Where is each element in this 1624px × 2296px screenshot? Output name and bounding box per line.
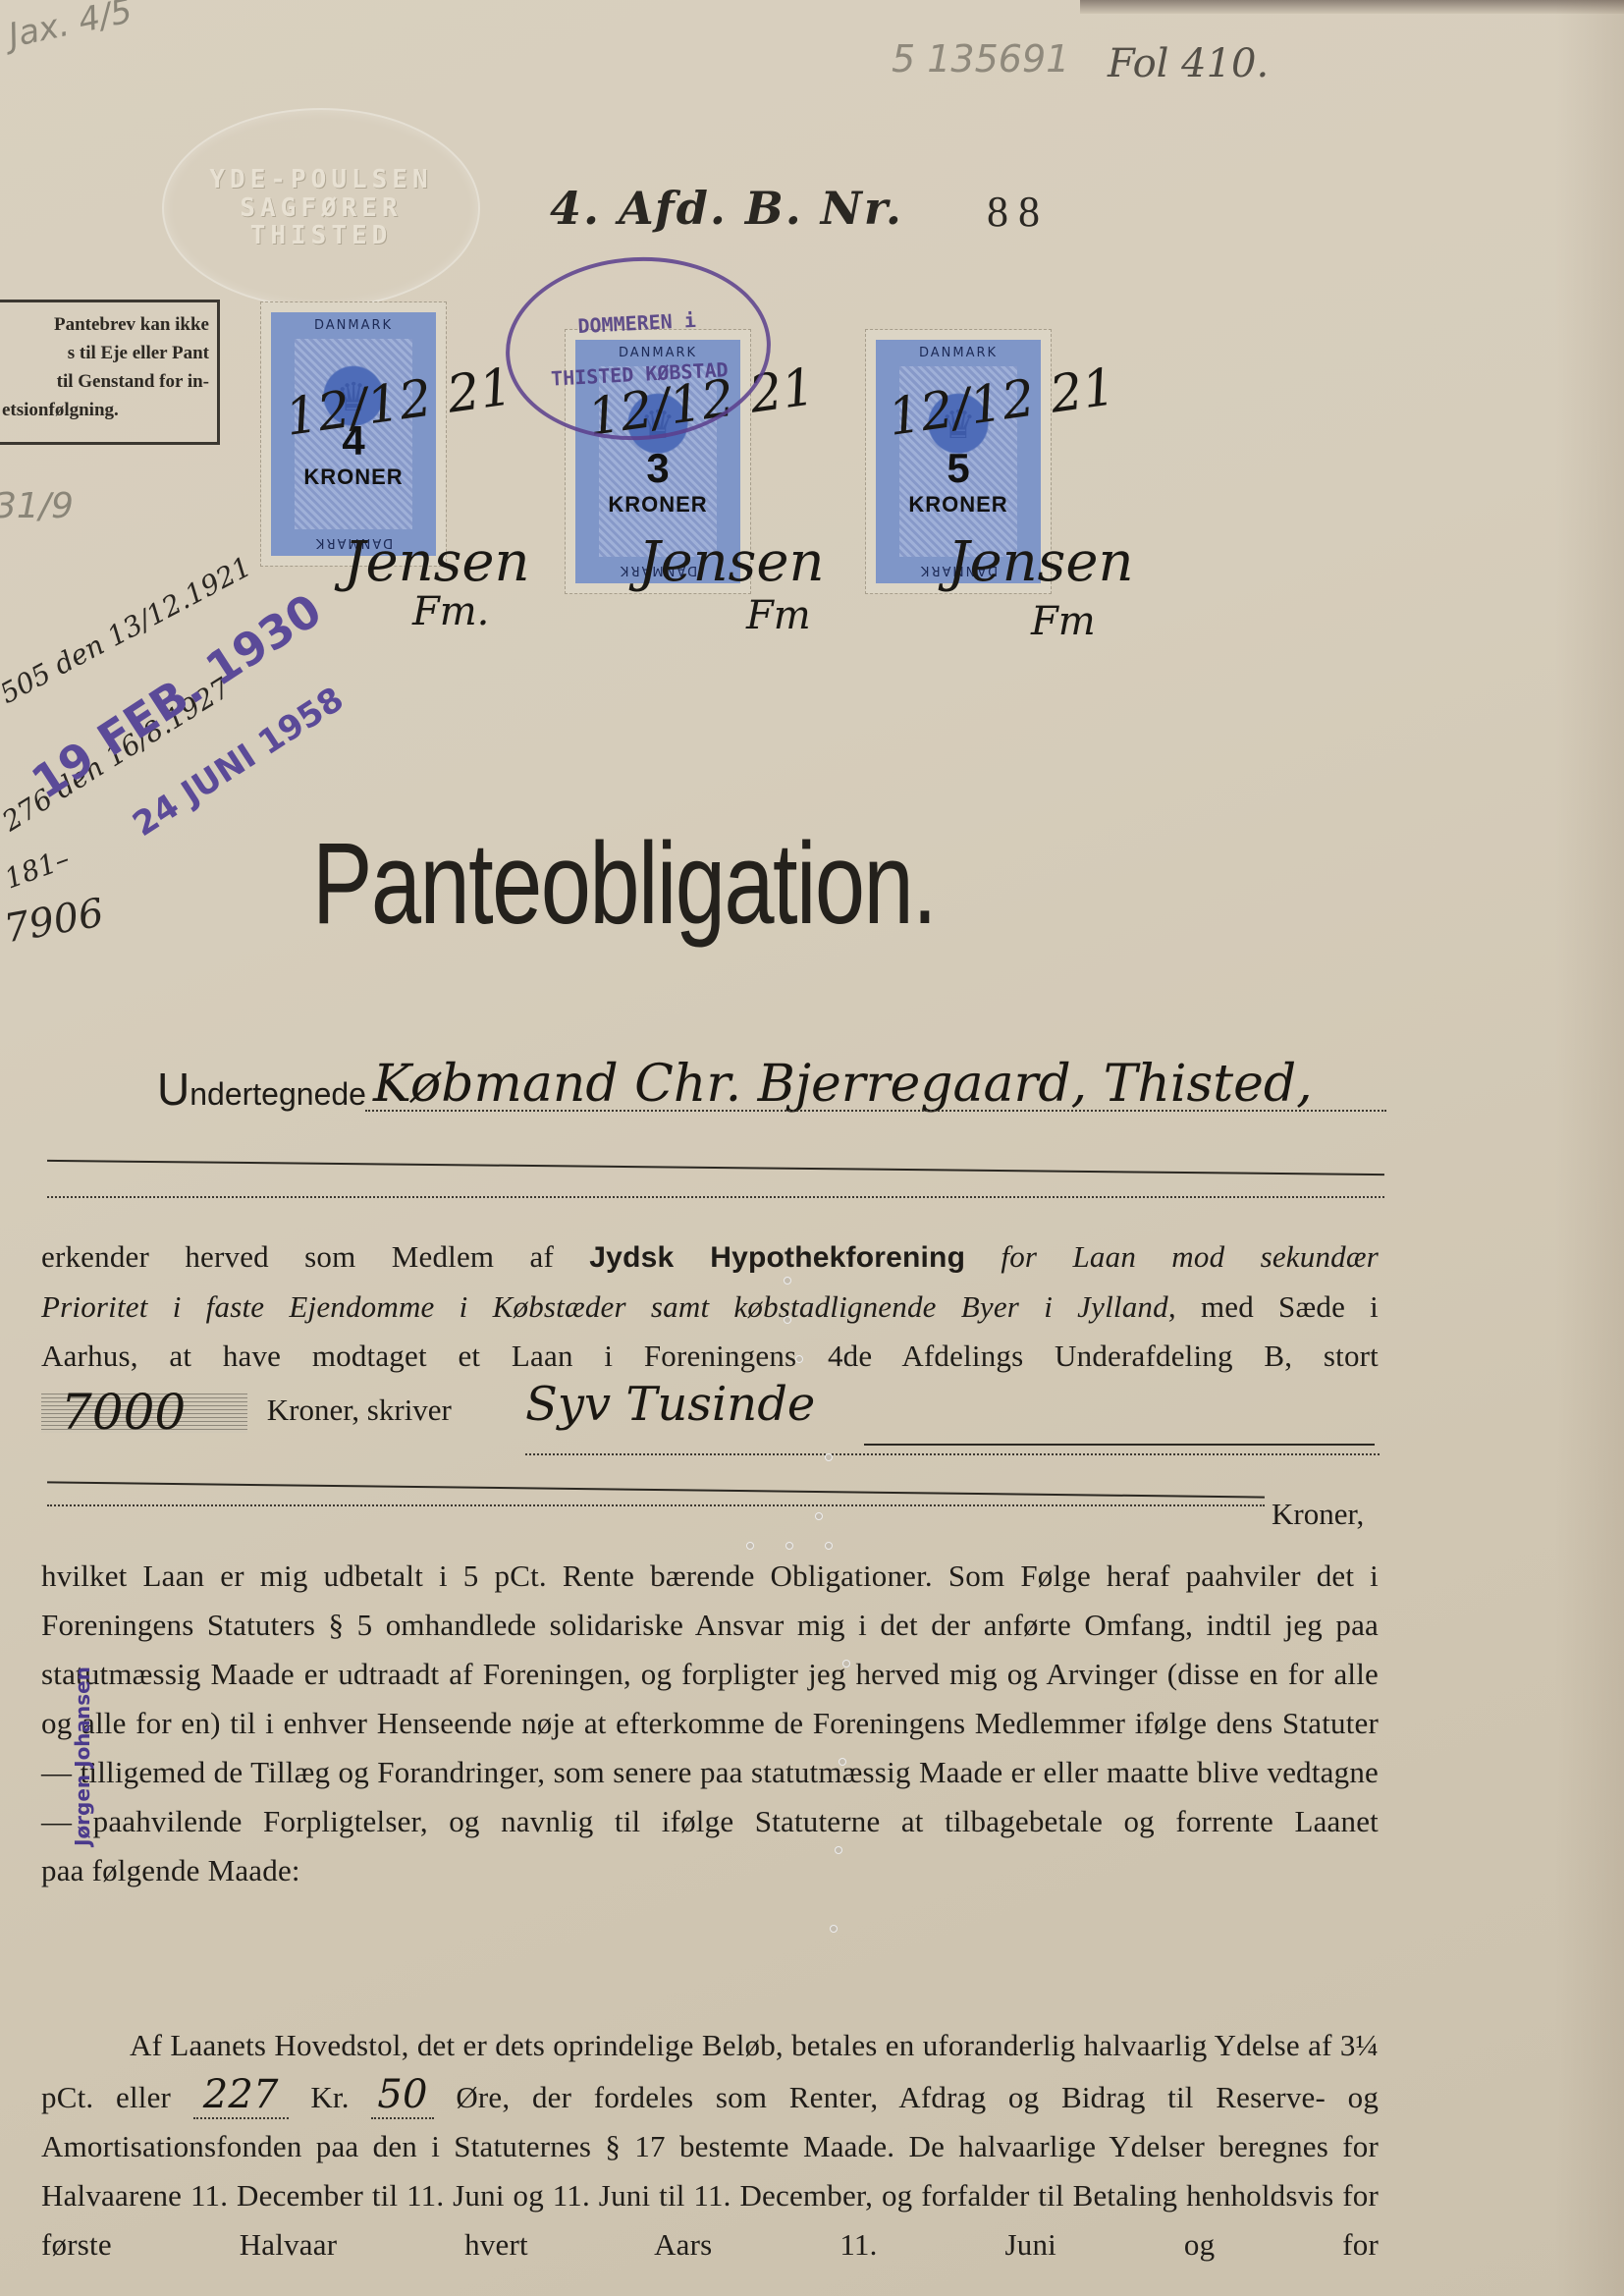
seal-line-3: THISTED [250, 222, 393, 250]
side-name-stamp: Jørgen Johansen [71, 1667, 94, 1846]
torn-top-edge [1080, 0, 1624, 14]
para1-line3: Aarhus, at have modtaget et Laan i Foren… [41, 1332, 1379, 1381]
stamp-country: DANMARK [314, 318, 393, 333]
payment-ore-field[interactable]: 50 [371, 2072, 433, 2119]
undersigned-underline [365, 1110, 1386, 1112]
amount-row: 7000 Kroner, skriver [41, 1393, 452, 1433]
undersigned-rest: ndertegnede [189, 1076, 366, 1112]
folio-note: Fol 410. [1108, 41, 1269, 86]
paragraph-repayment: Af Laanets Hovedstol, det er dets oprind… [41, 2021, 1379, 2269]
notice-line: til Genstand for in- [2, 367, 209, 396]
perforation-hole [839, 1758, 846, 1766]
stamp-country: DANMARK [919, 346, 998, 360]
rule-dotted-line [47, 1504, 1265, 1506]
seal-line-1: YDE-POULSEN [209, 166, 432, 194]
stamp-value: 3 [646, 445, 669, 492]
kr-label: Kr. [310, 2080, 349, 2114]
pencil-note-top-left: Jax. 4/5 [5, 0, 135, 56]
stamp-initials-2: Fm [746, 593, 811, 638]
margin-note-4: 7906 [1, 891, 107, 953]
notice-line: Pantebrev kan ikke [2, 310, 209, 339]
para1-line1: erkender herved som Medlem af Jydsk Hypo… [41, 1232, 1379, 1283]
pencil-reference-number: 5 135691 [892, 37, 1069, 81]
division-label: 4. Afd. B. Nr. [550, 182, 903, 235]
stamp-unit: KRONER [303, 465, 403, 490]
perforation-hole [795, 1355, 803, 1363]
perforation-hole [842, 1660, 850, 1667]
perforation-hole [815, 1512, 823, 1520]
loan-amount-value[interactable]: 7000 [61, 1384, 186, 1441]
stamp-signature-3: Jensen [947, 530, 1134, 594]
perforation-hole [825, 1542, 833, 1550]
notice-box: Pantebrev kan ikke s til Eje eller Pant … [0, 300, 220, 445]
association-name: Jydsk Hypothekforening [589, 1241, 965, 1274]
payment-kroner-field[interactable]: 227 [193, 2072, 289, 2119]
para2-text: hvilket Laan er mig udbetalt i 5 pCt. Re… [41, 1552, 1379, 1846]
margin-note-3: 181– [0, 842, 74, 895]
rule-line [47, 1481, 1265, 1498]
pencil-fraction-note: 31/9 [0, 486, 74, 526]
perforation-hole [835, 1846, 842, 1854]
perforation-hole [784, 1316, 791, 1324]
embossed-lawyer-seal: YDE-POULSEN SAGFØRER THISTED [162, 108, 480, 308]
perforation-hole [830, 1925, 838, 1933]
stamp-signature-2: Jensen [638, 530, 825, 594]
paragraph-obligations: hvilket Laan er mig udbetalt i 5 pCt. Re… [41, 1552, 1379, 1895]
stamp-unit: KRONER [908, 492, 1007, 518]
kroner-skriver-label: Kroner, skriver [267, 1393, 452, 1427]
undersigned-label: Undertegnede [157, 1063, 366, 1116]
court-seal-top: DOMMEREN i [577, 308, 697, 338]
loan-amount-words[interactable]: Syv Tusinde [525, 1377, 815, 1432]
division-number: 88 [987, 187, 1050, 237]
perforation-hole [825, 1453, 833, 1461]
seal-line-2: SAGFØRER [240, 194, 402, 223]
stamp-initials-3: Fm [1031, 599, 1096, 644]
court-seal-bottom: THISTED KØBSTAD [551, 357, 730, 390]
paper-fold-shadow [1555, 0, 1624, 2296]
notice-line: etsionfølgning. [2, 396, 209, 424]
stamp-value: 5 [947, 445, 969, 492]
amount-box: 7000 [41, 1394, 247, 1433]
para2-last-line: paa følgende Maade: [41, 1846, 1379, 1895]
perforation-hole [785, 1542, 793, 1550]
undersigned-name-field[interactable]: Købmand Chr. Bjerregaard, Thisted, [373, 1055, 1313, 1114]
notice-line: s til Eje eller Pant [2, 339, 209, 367]
undersigned-initial: U [157, 1064, 189, 1115]
perforation-hole [784, 1277, 791, 1285]
rule-dotted-line [47, 1196, 1384, 1198]
stamp-signature-1: Jensen [344, 530, 530, 594]
rule-dotted-line [525, 1453, 1380, 1455]
rule-line [864, 1444, 1375, 1446]
rule-line [47, 1160, 1384, 1175]
stamp-unit: KRONER [608, 492, 707, 518]
document-title: Panteobligation. [312, 817, 936, 951]
para1-line2: Prioritet i faste Ejendomme i Købstæder … [41, 1283, 1379, 1332]
kroner-end-label: Kroner, [1272, 1497, 1364, 1532]
paragraph-membership: erkender herved som Medlem af Jydsk Hypo… [41, 1232, 1379, 1381]
stamp-initials-1: Fm. [412, 589, 489, 634]
perforation-hole [746, 1542, 754, 1550]
